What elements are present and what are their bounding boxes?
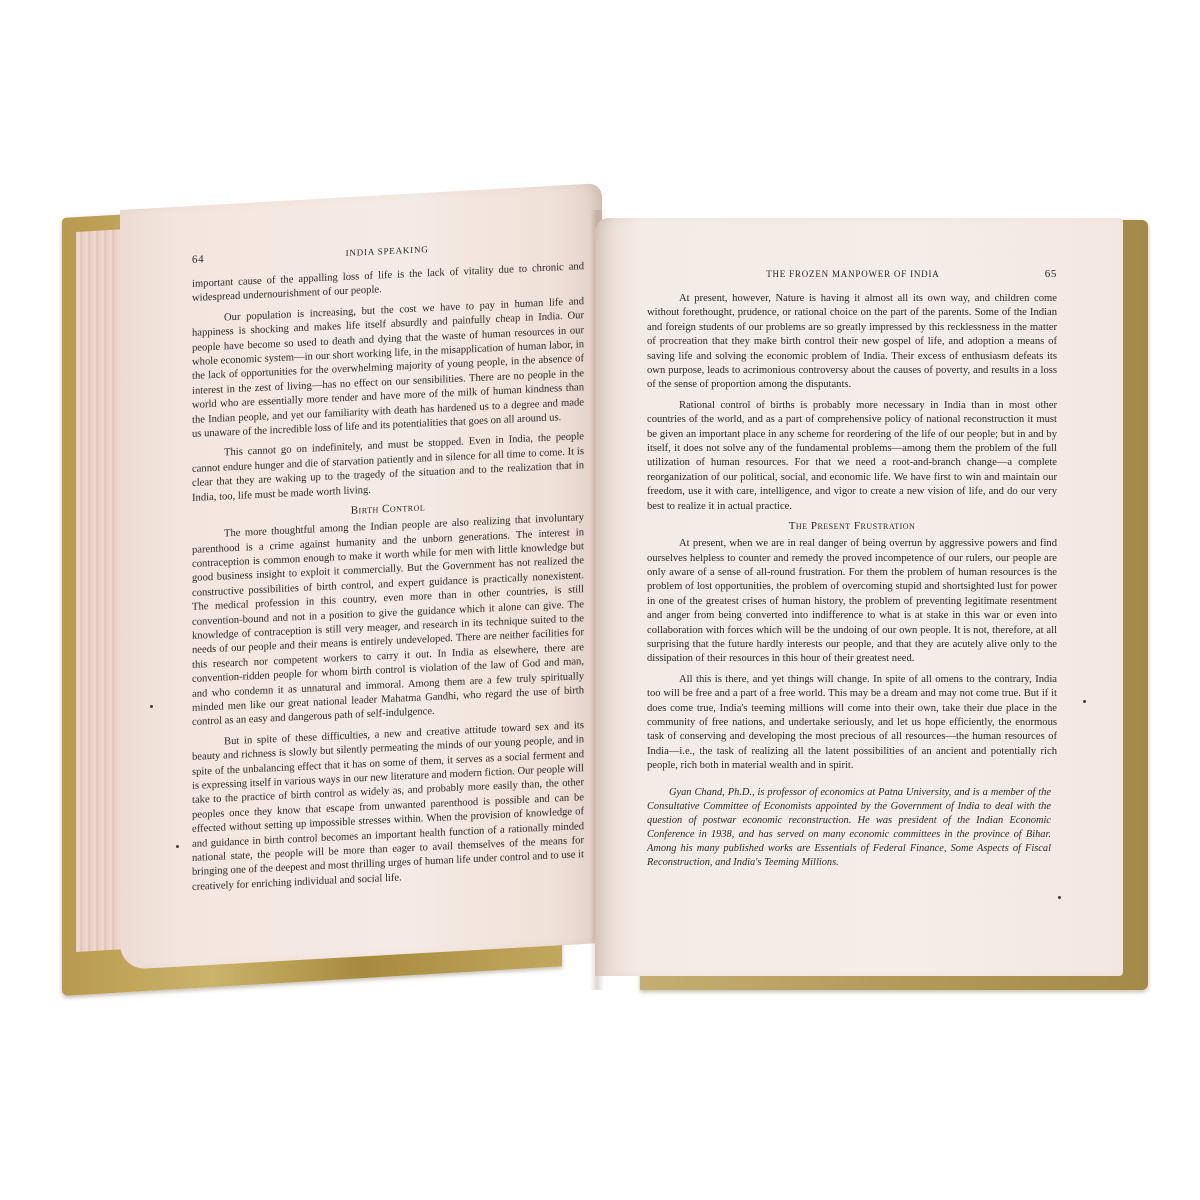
section-heading: The Present Frustration: [647, 520, 1057, 532]
paper-speck: [150, 705, 153, 708]
page-number: 64: [192, 253, 204, 266]
paragraph: Rational control of births is probably m…: [647, 399, 1057, 514]
paragraph: Our population is increasing, but the co…: [192, 295, 584, 442]
left-page: 64 INDIA SPEAKING important cause of the…: [120, 183, 602, 970]
paper-speck: [1083, 700, 1086, 703]
left-running-header: 64 INDIA SPEAKING: [192, 236, 584, 266]
author-bio: Gyan Chand, Ph.D., is professor of econo…: [647, 786, 1057, 870]
paper-speck: [176, 845, 179, 848]
right-page: THE FROZEN MANPOWER OF INDIA 65 At prese…: [595, 218, 1123, 976]
right-running-header: THE FROZEN MANPOWER OF INDIA 65: [647, 268, 1057, 280]
page-number: 65: [1045, 268, 1057, 280]
paper-speck: [1058, 896, 1061, 899]
running-head-title: INDIA SPEAKING: [346, 244, 429, 258]
paragraph: This cannot go on indefinitely, and must…: [192, 431, 584, 506]
right-page-content: THE FROZEN MANPOWER OF INDIA 65 At prese…: [647, 268, 1057, 870]
paragraph: At present, when we are in real danger o…: [647, 537, 1057, 667]
paragraph: The more thoughtful among the Indian peo…: [192, 511, 584, 730]
paragraph: But in spite of these difficulties, a ne…: [192, 719, 584, 895]
open-book: 64 INDIA SPEAKING important cause of the…: [0, 0, 1200, 1200]
left-page-content: 64 INDIA SPEAKING important cause of the…: [192, 236, 584, 901]
running-head-title: THE FROZEN MANPOWER OF INDIA: [766, 269, 939, 279]
paragraph: All this is there, and yet things will c…: [647, 673, 1057, 774]
paragraph: At present, however, Nature is having it…: [647, 292, 1057, 393]
